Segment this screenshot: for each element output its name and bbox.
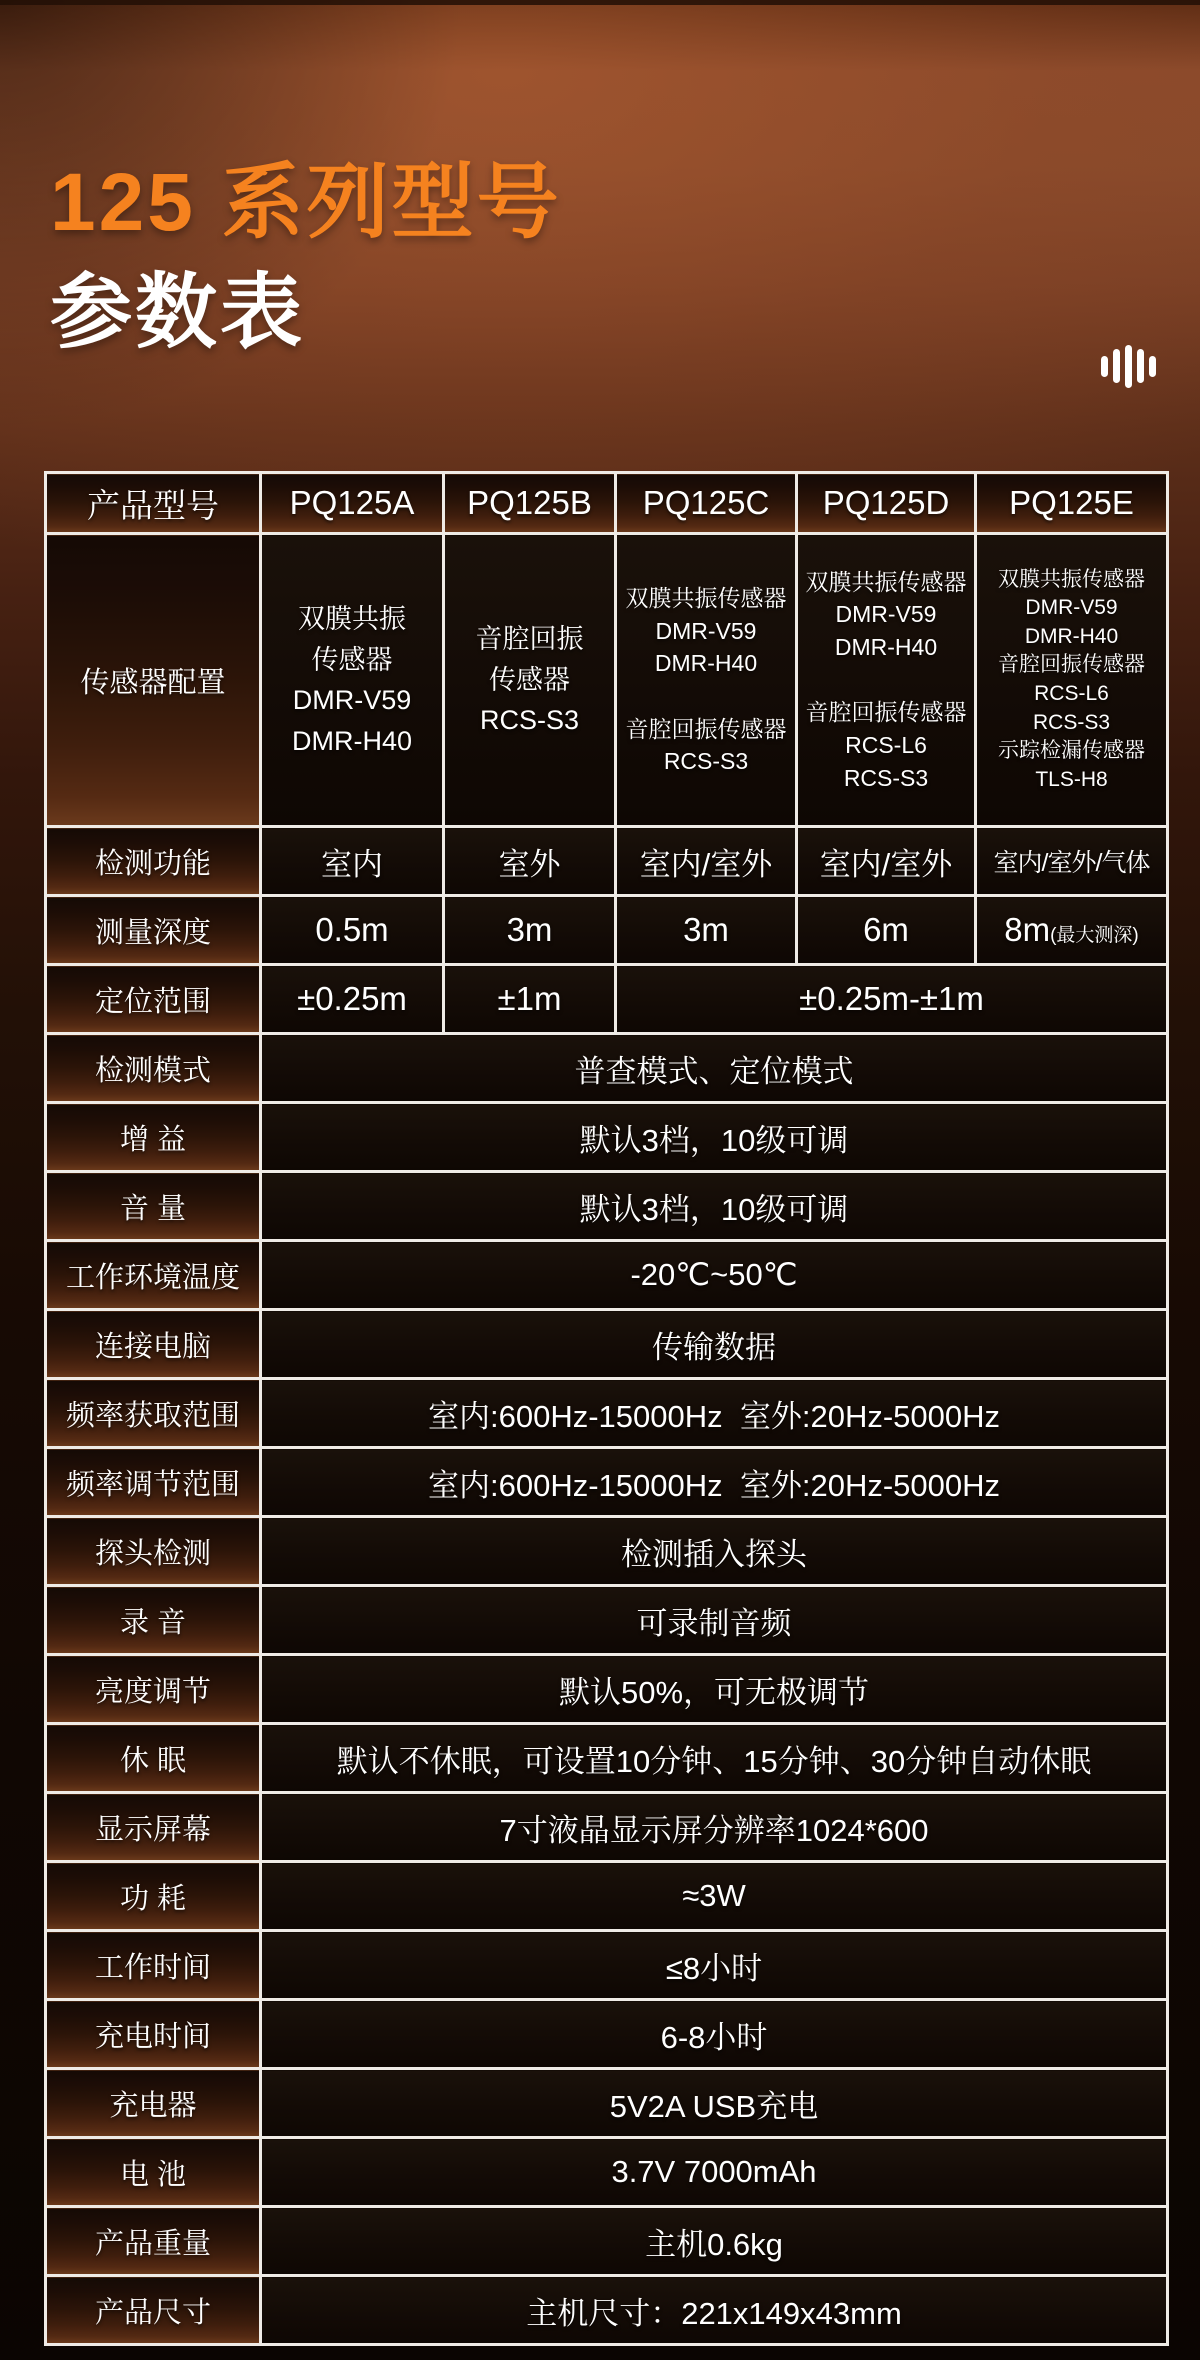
header-model-pq125a: PQ125A (261, 473, 444, 534)
cell-value-span: 默认3档，10级可调 (261, 1103, 1168, 1172)
cell-value-span: 主机尺寸：221x149x43mm (261, 2276, 1168, 2345)
cell-value: ±1m (444, 965, 616, 1034)
row-operating-temperature: 工作环境温度 -20℃~50℃ (46, 1241, 1168, 1310)
cell-value-span: ±0.25m-±1m (616, 965, 1168, 1034)
row-label: 增 益 (46, 1103, 261, 1172)
cell-value: 6m (797, 896, 976, 965)
row-sleep: 休 眠 默认不休眠，可设置10分钟、15分钟、30分钟自动休眠 (46, 1724, 1168, 1793)
row-brightness-adjust: 亮度调节 默认50%，可无极调节 (46, 1655, 1168, 1724)
cell-value: 3m (444, 896, 616, 965)
row-label: 工作时间 (46, 1931, 261, 2000)
row-label: 显示屏幕 (46, 1793, 261, 1862)
header-label: 产品型号 (46, 473, 261, 534)
row-label: 连接电脑 (46, 1310, 261, 1379)
depth-max-value: 8m (1004, 911, 1050, 948)
cell-value-span: 5V2A USB充电 (261, 2069, 1168, 2138)
cell-value-span: 默认不休眠，可设置10分钟、15分钟、30分钟自动休眠 (261, 1724, 1168, 1793)
row-recording: 录 音 可录制音频 (46, 1586, 1168, 1655)
cell-value: 室内/室外/气体 (976, 827, 1168, 896)
page-title-line2: 参数表 (50, 272, 305, 354)
row-label: 休 眠 (46, 1724, 261, 1793)
cell-value-span: 传输数据 (261, 1310, 1168, 1379)
row-working-time: 工作时间 ≤8小时 (46, 1931, 1168, 2000)
row-label: 音 量 (46, 1172, 261, 1241)
cell-value-span: 3.7V 7000mAh (261, 2138, 1168, 2207)
table-header-row: 产品型号 PQ125A PQ125B PQ125C PQ125D PQ125E (46, 473, 1168, 534)
row-gain: 增 益 默认3档，10级可调 (46, 1103, 1168, 1172)
row-frequency-adjust-range: 频率调节范围 室内:600Hz-15000Hz 室外:20Hz-5000Hz (46, 1448, 1168, 1517)
row-label: 录 音 (46, 1586, 261, 1655)
row-label: 检测功能 (46, 827, 261, 896)
row-label: 频率获取范围 (46, 1379, 261, 1448)
sensor-cell-pq125e: 双膜共振传感器 DMR-V59 DMR-H40 音腔回振传感器 RCS-L6 R… (976, 534, 1168, 827)
row-label: 充电器 (46, 2069, 261, 2138)
cell-value-span: 可录制音频 (261, 1586, 1168, 1655)
header-model-pq125c: PQ125C (616, 473, 797, 534)
header-model-pq125d: PQ125D (797, 473, 976, 534)
hero-header: 125 系列型号 参数表 (0, 0, 1200, 470)
cell-value: 0.5m (261, 896, 444, 965)
row-probe-detection: 探头检测 检测插入探头 (46, 1517, 1168, 1586)
cell-value-span: 默认3档，10级可调 (261, 1172, 1168, 1241)
row-label: 工作环境温度 (46, 1241, 261, 1310)
cell-value: 室外 (444, 827, 616, 896)
row-pc-connection: 连接电脑 传输数据 (46, 1310, 1168, 1379)
row-sensor-config: 传感器配置 双膜共振 传感器 DMR-V59 DMR-H40 音腔回振 传感器 … (46, 534, 1168, 827)
row-label: 检测模式 (46, 1034, 261, 1103)
row-frequency-capture-range: 频率获取范围 室内:600Hz-15000Hz 室外:20Hz-5000Hz (46, 1379, 1168, 1448)
header-model-pq125e: PQ125E (976, 473, 1168, 534)
row-battery: 电 池 3.7V 7000mAh (46, 2138, 1168, 2207)
cell-value: 室内/室外 (616, 827, 797, 896)
cell-value: 室内/室外 (797, 827, 976, 896)
row-label: 频率调节范围 (46, 1448, 261, 1517)
cell-value-span: 普查模式、定位模式 (261, 1034, 1168, 1103)
row-measure-depth: 测量深度 0.5m 3m 3m 6m 8m(最大测深) (46, 896, 1168, 965)
spec-table: 产品型号 PQ125A PQ125B PQ125C PQ125D PQ125E … (44, 471, 1169, 2346)
row-power-consumption: 功 耗 ≈3W (46, 1862, 1168, 1931)
cell-value: 室内 (261, 827, 444, 896)
row-product-dimensions: 产品尺寸 主机尺寸：221x149x43mm (46, 2276, 1168, 2345)
sensor-cell-pq125b: 音腔回振 传感器 RCS-S3 (444, 534, 616, 827)
cell-value-span: 默认50%，可无极调节 (261, 1655, 1168, 1724)
cell-value-span: 室内:600Hz-15000Hz 室外:20Hz-5000Hz (261, 1379, 1168, 1448)
cell-value-span: 6-8小时 (261, 2000, 1168, 2069)
cell-value-span: ≈3W (261, 1862, 1168, 1931)
row-label: 充电时间 (46, 2000, 261, 2069)
row-positioning-range: 定位范围 ±0.25m ±1m ±0.25m-±1m (46, 965, 1168, 1034)
row-label: 测量深度 (46, 896, 261, 965)
cell-value-span: ≤8小时 (261, 1931, 1168, 2000)
cell-value-span: 主机0.6kg (261, 2207, 1168, 2276)
sensor-cell-pq125c: 双膜共振传感器 DMR-V59 DMR-H40 音腔回振传感器 RCS-S3 (616, 534, 797, 827)
cell-value-span: 检测插入探头 (261, 1517, 1168, 1586)
row-display-screen: 显示屏幕 7寸液晶显示屏分辨率1024*600 (46, 1793, 1168, 1862)
row-detect-function: 检测功能 室内 室外 室内/室外 室内/室外 室内/室外/气体 (46, 827, 1168, 896)
row-charging-time: 充电时间 6-8小时 (46, 2000, 1168, 2069)
cell-value-span: 室内:600Hz-15000Hz 室外:20Hz-5000Hz (261, 1448, 1168, 1517)
cell-value: 3m (616, 896, 797, 965)
row-label: 定位范围 (46, 965, 261, 1034)
page-title-line1: 125 系列型号 (50, 162, 562, 244)
sound-wave-icon (1088, 332, 1168, 400)
sensor-cell-pq125a: 双膜共振 传感器 DMR-V59 DMR-H40 (261, 534, 444, 827)
cell-value-span: 7寸液晶显示屏分辨率1024*600 (261, 1793, 1168, 1862)
row-volume: 音 量 默认3档，10级可调 (46, 1172, 1168, 1241)
depth-max-note: (最大测深) (1050, 925, 1139, 946)
row-label: 产品尺寸 (46, 2276, 261, 2345)
row-charger: 充电器 5V2A USB充电 (46, 2069, 1168, 2138)
row-label: 传感器配置 (46, 534, 261, 827)
cell-value-span: -20℃~50℃ (261, 1241, 1168, 1310)
row-label: 产品重量 (46, 2207, 261, 2276)
sensor-cell-pq125d: 双膜共振传感器 DMR-V59 DMR-H40 音腔回振传感器 RCS-L6 R… (797, 534, 976, 827)
row-label: 探头检测 (46, 1517, 261, 1586)
row-label: 亮度调节 (46, 1655, 261, 1724)
cell-value-depth-max: 8m(最大测深) (976, 896, 1168, 965)
row-label: 功 耗 (46, 1862, 261, 1931)
row-detection-mode: 检测模式 普查模式、定位模式 (46, 1034, 1168, 1103)
row-label: 电 池 (46, 2138, 261, 2207)
header-model-pq125b: PQ125B (444, 473, 616, 534)
row-product-weight: 产品重量 主机0.6kg (46, 2207, 1168, 2276)
cell-value: ±0.25m (261, 965, 444, 1034)
